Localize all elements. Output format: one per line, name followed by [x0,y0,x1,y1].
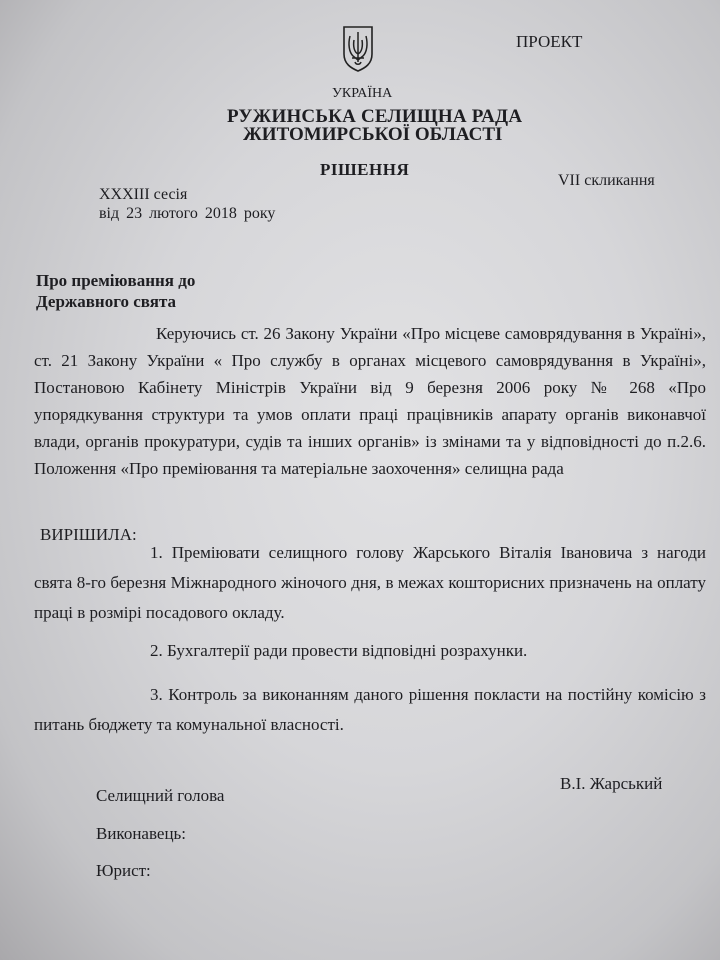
session-label: XXXIII сесія [99,186,187,204]
document-date: від 23 лютого 2018 року [99,205,275,223]
head-name: В.І. Жарський [560,774,662,794]
document-subject: Про преміювання до Державного свята [36,270,195,312]
resolution-item-2: 2. Бухгалтерії ради провести відповідні … [34,636,706,666]
draft-status-label: ПРОЕКТ [516,32,582,52]
country-label: УКРАЇНА [332,86,392,102]
document-title: РІШЕННЯ [320,160,409,180]
lawyer-label: Юрист: [96,861,151,881]
subject-line-1: Про преміювання до [36,270,195,291]
resolution-item-1: 1. Преміювати селищного голову Жарського… [34,538,706,628]
region-name: ЖИТОМИРСЬКОЇ ОБЛАСТІ [243,124,502,146]
resolution-item-3: 3. Контроль за виконанням даного рішення… [34,680,706,740]
preamble-paragraph: Керуючись ст. 26 Закону України «Про міс… [34,320,706,482]
convocation-label: VII скликання [558,172,655,190]
executor-label: Виконавець: [96,824,186,844]
head-role-label: Селищний голова [96,786,224,806]
document-page: ПРОЕКТ УКРАЇНА РУЖИНСЬКА СЕЛИЩНА РАДА ЖИ… [0,0,720,960]
subject-line-2: Державного свята [36,291,195,312]
trident-coat-of-arms-icon [341,24,375,72]
